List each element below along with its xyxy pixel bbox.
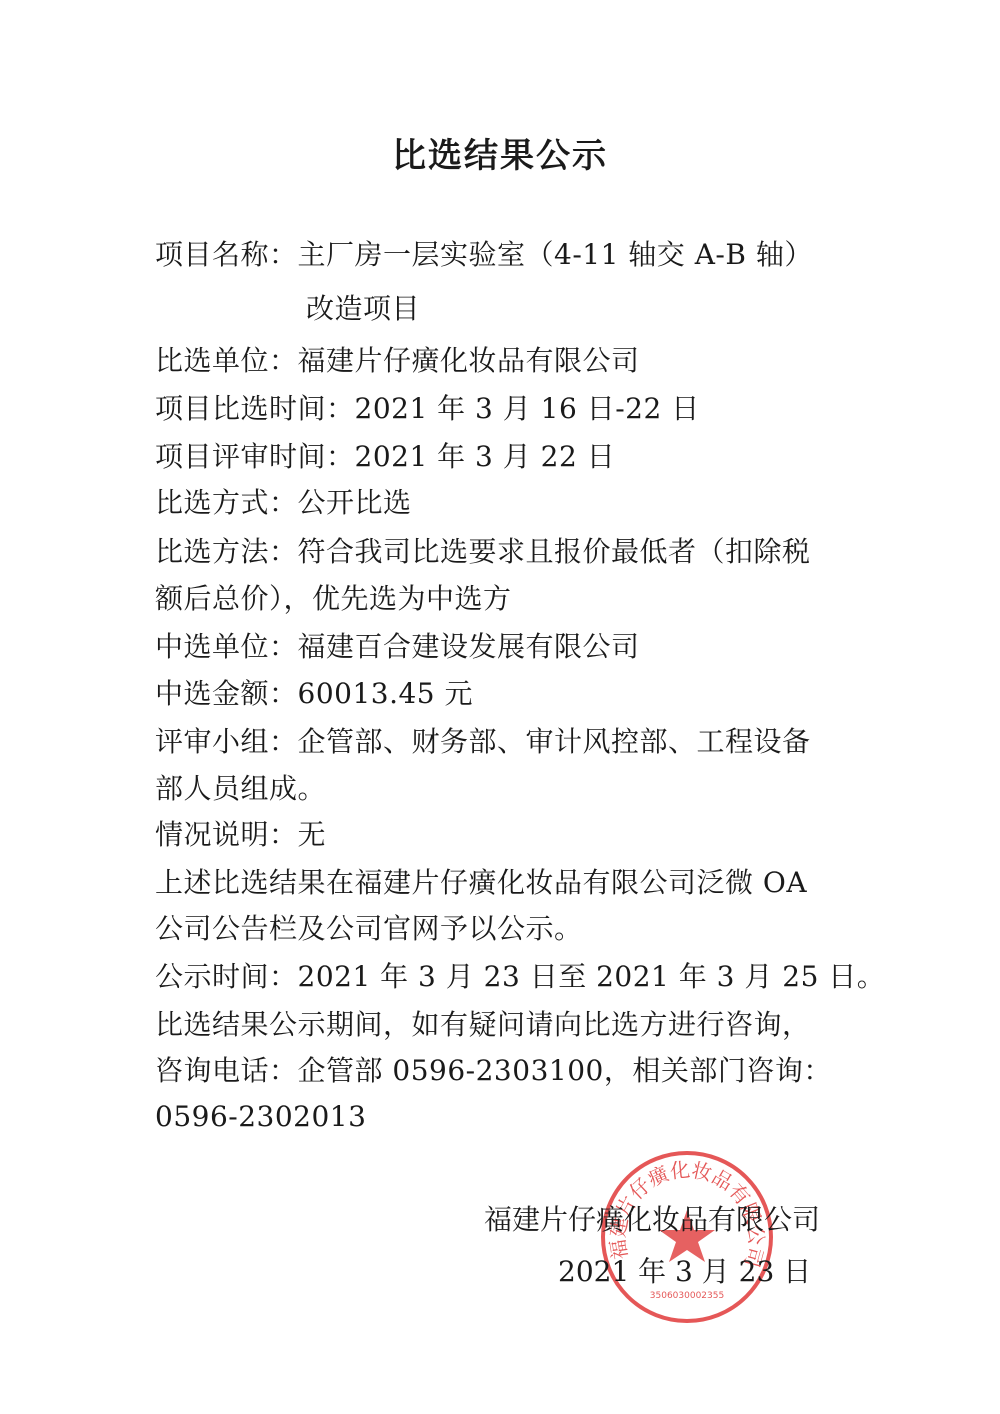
review-team-line: 评审小组：企管部、财务部、审计风控部、工程设备 xyxy=(155,725,811,759)
winning-amount-line: 中选金额：60013.45 元 xyxy=(155,677,473,711)
svg-text:3506030002355: 3506030002355 xyxy=(650,1291,724,1301)
selection-method-line: 比选方法：符合我司比选要求且报价最低者（扣除税 xyxy=(155,535,811,569)
review-date-line: 项目评审时间：2021 年 3 月 22 日 xyxy=(155,440,615,474)
project-name-line: 项目名称：主厂房一层实验室（4-11 轴交 A-B 轴） xyxy=(155,238,813,272)
signature-company: 福建片仔癀化妆品有限公司 xyxy=(484,1198,820,1238)
winner-line: 中选单位：福建百合建设发展有限公司 xyxy=(155,630,640,664)
signature-date: 2021 年 3 月 23 日 xyxy=(558,1250,811,1290)
selection-method-cont: 额后总价），优先选为中选方 xyxy=(155,582,512,616)
contact-phone-line: 咨询电话：企管部 0596-2303100，相关部门咨询： xyxy=(155,1054,832,1088)
publicity-period-line: 公示时间：2021 年 3 月 23 日至 2021 年 3 月 25 日。 xyxy=(155,960,885,994)
publication-cont: 公司公告栏及公司官网予以公示。 xyxy=(155,912,583,946)
review-team-cont: 部人员组成。 xyxy=(155,772,326,806)
page-title: 比选结果公示 xyxy=(0,128,1000,177)
selection-period-line: 项目比选时间：2021 年 3 月 16 日-22 日 xyxy=(155,392,700,426)
inquiry-line: 比选结果公示期间，如有疑问请向比选方进行咨询， xyxy=(155,1008,811,1042)
project-name-cont: 改造项目 xyxy=(306,292,420,326)
contact-phone-cont: 0596-2302013 xyxy=(155,1100,366,1134)
selecting-unit-line: 比选单位：福建片仔癀化妆品有限公司 xyxy=(155,344,640,378)
publication-line: 上述比选结果在福建片仔癀化妆品有限公司泛微 OA xyxy=(155,866,807,900)
selection-mode-line: 比选方式：公开比选 xyxy=(155,486,412,520)
remarks-line: 情况说明：无 xyxy=(155,818,326,852)
